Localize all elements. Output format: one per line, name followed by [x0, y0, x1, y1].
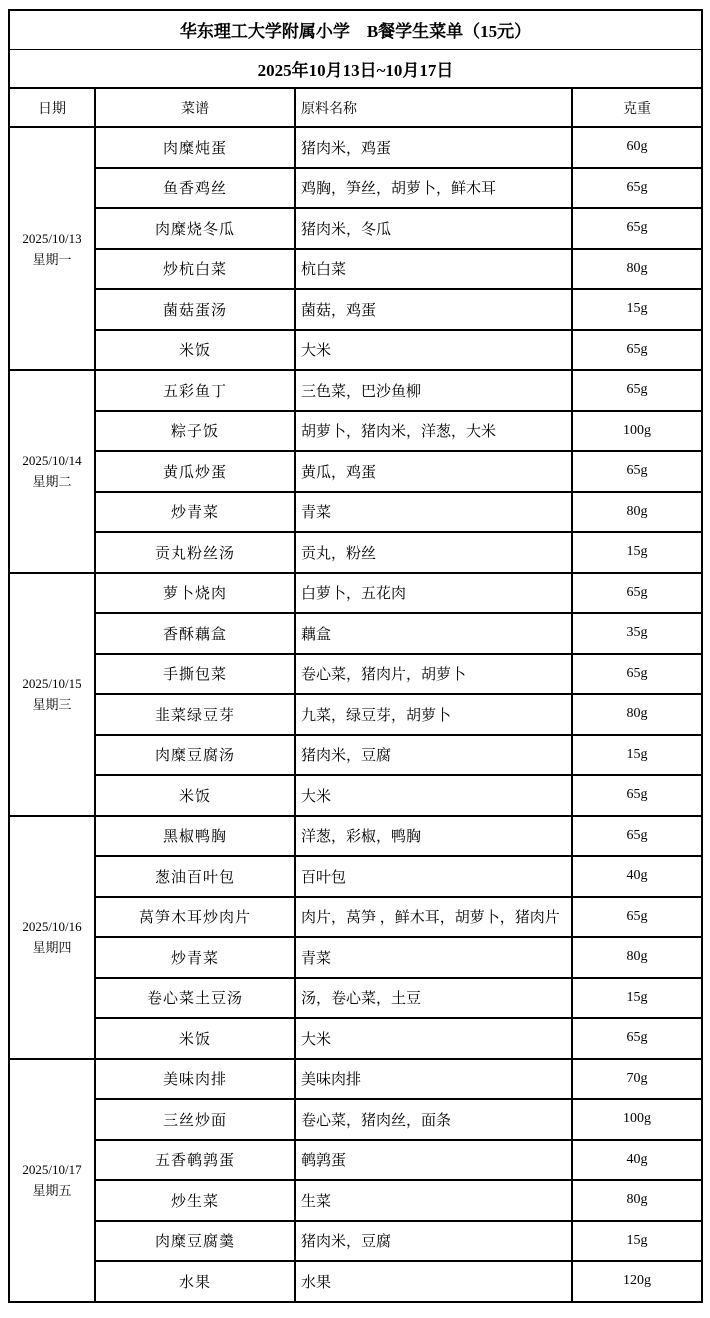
date-value: 2025/10/16	[10, 916, 94, 937]
menu-row-day1-item3: 肉糜烧冬瓜猪肉米，冬瓜65g	[9, 208, 702, 249]
menu-row-day5-item6: 水果水果120g	[9, 1261, 702, 1302]
menu-row-day1-item5: 菌菇蛋汤菌菇，鸡蛋15g	[9, 289, 702, 330]
title-row: 华东理工大学附属小学 B餐学生菜单（15元）	[9, 10, 702, 49]
ingredient-names: 百叶包	[295, 856, 572, 897]
dish-name: 肉糜豆腐汤	[95, 735, 295, 776]
dish-name: 炒杭白菜	[95, 249, 295, 290]
weight-value: 65g	[572, 168, 702, 209]
dish-name: 卷心菜土豆汤	[95, 978, 295, 1019]
dish-name: 萝卜烧肉	[95, 573, 295, 614]
ingredient-names: 大米	[295, 1018, 572, 1059]
weekday-value: 星期四	[10, 937, 94, 958]
dish-name: 米饭	[95, 775, 295, 816]
weight-value: 80g	[572, 937, 702, 978]
ingredient-names: 贡丸，粉丝	[295, 532, 572, 573]
dish-name: 肉糜烧冬瓜	[95, 208, 295, 249]
weight-value: 65g	[572, 573, 702, 614]
ingredient-names: 青菜	[295, 492, 572, 533]
menu-row-day2-item5: 贡丸粉丝汤贡丸，粉丝15g	[9, 532, 702, 573]
ingredient-names: 九菜，绿豆芽，胡萝卜	[295, 694, 572, 735]
ingredient-names: 洋葱，彩椒，鸭胸	[295, 816, 572, 857]
ingredient-names: 黄瓜，鸡蛋	[295, 451, 572, 492]
ingredient-names: 白萝卜，五花肉	[295, 573, 572, 614]
weekday-value: 星期一	[10, 249, 94, 270]
date-cell: 2025/10/13星期一	[9, 127, 95, 370]
date-cell: 2025/10/15星期三	[9, 573, 95, 816]
weight-value: 40g	[572, 1140, 702, 1181]
weekday-value: 星期三	[10, 694, 94, 715]
ingredient-names: 猪肉米，冬瓜	[295, 208, 572, 249]
dish-name: 炒生菜	[95, 1180, 295, 1221]
date-range: 2025年10月13日~10月17日	[9, 49, 702, 88]
ingredient-names: 汤，卷心菜，土豆	[295, 978, 572, 1019]
ingredient-names: 美味肉排	[295, 1059, 572, 1100]
weight-value: 100g	[572, 1099, 702, 1140]
ingredient-names: 卷心菜，猪肉丝，面条	[295, 1099, 572, 1140]
menu-row-day4-item1: 2025/10/16星期四黑椒鸭胸洋葱，彩椒，鸭胸65g	[9, 816, 702, 857]
ingredient-names: 生菜	[295, 1180, 572, 1221]
ingredient-names: 鹌鹑蛋	[295, 1140, 572, 1181]
menu-table: 华东理工大学附属小学 B餐学生菜单（15元） 2025年10月13日~10月17…	[8, 9, 703, 1303]
weight-value: 80g	[572, 1180, 702, 1221]
weight-value: 80g	[572, 694, 702, 735]
column-header-dish: 菜谱	[95, 88, 295, 127]
dish-name: 肉糜豆腐羹	[95, 1221, 295, 1262]
menu-page: 华东理工大学附属小学 B餐学生菜单（15元） 2025年10月13日~10月17…	[0, 9, 710, 1318]
dish-name: 三丝炒面	[95, 1099, 295, 1140]
dish-name: 贡丸粉丝汤	[95, 532, 295, 573]
menu-row-day1-item1: 2025/10/13星期一肉糜炖蛋猪肉米，鸡蛋60g	[9, 127, 702, 168]
dish-name: 炒青菜	[95, 937, 295, 978]
menu-row-day4-item2: 葱油百叶包百叶包40g	[9, 856, 702, 897]
weight-value: 65g	[572, 330, 702, 371]
dish-name: 黄瓜炒蛋	[95, 451, 295, 492]
date-value: 2025/10/15	[10, 673, 94, 694]
dish-name: 米饭	[95, 330, 295, 371]
date-value: 2025/10/17	[10, 1159, 94, 1180]
weight-value: 15g	[572, 978, 702, 1019]
weight-value: 70g	[572, 1059, 702, 1100]
menu-row-day5-item5: 肉糜豆腐羹猪肉米，豆腐15g	[9, 1221, 702, 1262]
weight-value: 65g	[572, 816, 702, 857]
date-value: 2025/10/14	[10, 450, 94, 471]
ingredient-names: 猪肉米，豆腐	[295, 1221, 572, 1262]
menu-row-day2-item1: 2025/10/14星期二五彩鱼丁三色菜，巴沙鱼柳65g	[9, 370, 702, 411]
dish-name: 鱼香鸡丝	[95, 168, 295, 209]
dish-name: 粽子饭	[95, 411, 295, 452]
date-value: 2025/10/13	[10, 228, 94, 249]
weight-value: 80g	[572, 492, 702, 533]
menu-row-day1-item4: 炒杭白菜杭白菜80g	[9, 249, 702, 290]
weight-value: 15g	[572, 289, 702, 330]
daterange-row: 2025年10月13日~10月17日	[9, 49, 702, 88]
weight-value: 15g	[572, 735, 702, 776]
date-cell: 2025/10/16星期四	[9, 816, 95, 1059]
dish-name: 五彩鱼丁	[95, 370, 295, 411]
date-cell: 2025/10/14星期二	[9, 370, 95, 573]
menu-row-day2-item4: 炒青菜青菜80g	[9, 492, 702, 533]
date-cell: 2025/10/17星期五	[9, 1059, 95, 1302]
menu-row-day4-item5: 卷心菜土豆汤汤，卷心菜，土豆15g	[9, 978, 702, 1019]
menu-row-day1-item2: 鱼香鸡丝鸡胸，笋丝，胡萝卜，鲜木耳65g	[9, 168, 702, 209]
menu-row-day4-item4: 炒青菜青菜80g	[9, 937, 702, 978]
menu-row-day4-item6: 米饭大米65g	[9, 1018, 702, 1059]
menu-row-day5-item2: 三丝炒面卷心菜，猪肉丝，面条100g	[9, 1099, 702, 1140]
weight-value: 15g	[572, 1221, 702, 1262]
dish-name: 香酥藕盒	[95, 613, 295, 654]
menu-row-day2-item2: 粽子饭胡萝卜，猪肉米，洋葱，大米100g	[9, 411, 702, 452]
menu-row-day3-item6: 米饭大米65g	[9, 775, 702, 816]
ingredient-names: 猪肉米，豆腐	[295, 735, 572, 776]
menu-row-day4-item3: 莴笋木耳炒肉片肉片，莴笋 ，鲜木耳，胡萝卜，猪肉片65g	[9, 897, 702, 938]
dish-name: 韭菜绿豆芽	[95, 694, 295, 735]
menu-row-day5-item3: 五香鹌鹑蛋鹌鹑蛋40g	[9, 1140, 702, 1181]
weight-value: 65g	[572, 775, 702, 816]
weight-value: 65g	[572, 654, 702, 695]
menu-row-day3-item4: 韭菜绿豆芽九菜，绿豆芽，胡萝卜80g	[9, 694, 702, 735]
menu-row-day3-item3: 手撕包菜卷心菜，猪肉片，胡萝卜65g	[9, 654, 702, 695]
weight-value: 60g	[572, 127, 702, 168]
weight-value: 65g	[572, 208, 702, 249]
dish-name: 五香鹌鹑蛋	[95, 1140, 295, 1181]
ingredient-names: 胡萝卜，猪肉米，洋葱，大米	[295, 411, 572, 452]
ingredient-names: 水果	[295, 1261, 572, 1302]
ingredient-names: 猪肉米，鸡蛋	[295, 127, 572, 168]
dish-name: 肉糜炖蛋	[95, 127, 295, 168]
menu-row-day5-item4: 炒生菜生菜80g	[9, 1180, 702, 1221]
menu-row-day3-item2: 香酥藕盒藕盒35g	[9, 613, 702, 654]
ingredient-names: 三色菜，巴沙鱼柳	[295, 370, 572, 411]
ingredient-names: 藕盒	[295, 613, 572, 654]
weight-value: 65g	[572, 370, 702, 411]
ingredient-names: 大米	[295, 330, 572, 371]
ingredient-names: 大米	[295, 775, 572, 816]
weight-value: 15g	[572, 532, 702, 573]
ingredient-names: 菌菇，鸡蛋	[295, 289, 572, 330]
ingredient-names: 青菜	[295, 937, 572, 978]
dish-name: 葱油百叶包	[95, 856, 295, 897]
menu-row-day2-item3: 黄瓜炒蛋黄瓜，鸡蛋65g	[9, 451, 702, 492]
weight-value: 120g	[572, 1261, 702, 1302]
menu-row-day3-item1: 2025/10/15星期三萝卜烧肉白萝卜，五花肉65g	[9, 573, 702, 614]
column-header-ingredients: 原料名称	[295, 88, 572, 127]
dish-name: 炒青菜	[95, 492, 295, 533]
ingredient-names: 鸡胸，笋丝，胡萝卜，鲜木耳	[295, 168, 572, 209]
ingredient-names: 杭白菜	[295, 249, 572, 290]
dish-name: 美味肉排	[95, 1059, 295, 1100]
menu-row-day1-item6: 米饭大米65g	[9, 330, 702, 371]
weekday-value: 星期二	[10, 471, 94, 492]
dish-name: 莴笋木耳炒肉片	[95, 897, 295, 938]
menu-row-day5-item1: 2025/10/17星期五美味肉排美味肉排70g	[9, 1059, 702, 1100]
ingredient-names: 肉片，莴笋 ，鲜木耳，胡萝卜，猪肉片	[295, 897, 572, 938]
weight-value: 35g	[572, 613, 702, 654]
column-header-weight: 克重	[572, 88, 702, 127]
weight-value: 65g	[572, 1018, 702, 1059]
weight-value: 65g	[572, 451, 702, 492]
weight-value: 100g	[572, 411, 702, 452]
weekday-value: 星期五	[10, 1180, 94, 1201]
weight-value: 65g	[572, 897, 702, 938]
weight-value: 80g	[572, 249, 702, 290]
weight-value: 40g	[572, 856, 702, 897]
dish-name: 手撕包菜	[95, 654, 295, 695]
menu-row-day3-item5: 肉糜豆腐汤猪肉米，豆腐15g	[9, 735, 702, 776]
page-title: 华东理工大学附属小学 B餐学生菜单（15元）	[9, 10, 702, 49]
column-header-date: 日期	[9, 88, 95, 127]
ingredient-names: 卷心菜，猪肉片，胡萝卜	[295, 654, 572, 695]
column-header-row: 日期 菜谱 原料名称 克重	[9, 88, 702, 127]
dish-name: 米饭	[95, 1018, 295, 1059]
dish-name: 水果	[95, 1261, 295, 1302]
dish-name: 黑椒鸭胸	[95, 816, 295, 857]
dish-name: 菌菇蛋汤	[95, 289, 295, 330]
